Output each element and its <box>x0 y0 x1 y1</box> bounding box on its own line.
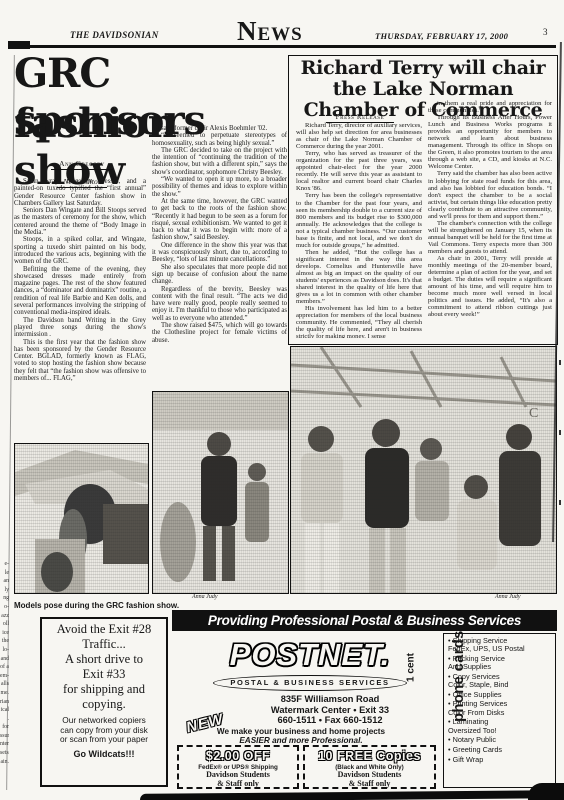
photo-fashion-middle <box>152 391 289 594</box>
exit-ad-headline: Avoid the Exit #28Traffic...A short driv… <box>42 622 166 712</box>
coupon-free-copies: 10 FREE Copies (Black and White Only) Da… <box>303 745 436 789</box>
header-rule <box>8 45 556 48</box>
photo-sketch: C <box>291 347 556 593</box>
photo-sketch <box>153 392 288 593</box>
right-article-column-2: in them a real pride and appreciation fo… <box>428 100 552 338</box>
scan-dash <box>559 360 561 365</box>
photo-credit: Anna Judy <box>192 594 218 600</box>
left-article-column-2: says former chair Alexis Boehmler '02.“I… <box>152 125 287 390</box>
photo-fashion-left <box>14 443 149 594</box>
coupon-shipping-discount: $2.00 OFF FedEx® or UPS® Shipping Davids… <box>177 745 299 789</box>
vertical-text-1-cent: 1 cent <box>406 633 417 703</box>
photo-credit: Anna Judy <box>495 594 521 600</box>
coupon-audience-2: & Staff only <box>305 780 434 789</box>
postnet-address: 835F Williamson Road Watermark Center • … <box>240 694 420 726</box>
exit-33-ad: Avoid the Exit #28Traffic...A short driv… <box>40 617 168 787</box>
promo-line-1: We make your business and home projects <box>176 727 426 736</box>
services-list: • Shipping Service FedEx, UPS, US Postal… <box>443 633 556 788</box>
byline-author: Ann Gregory <box>51 159 113 170</box>
dateline: THURSDAY, FEBRUARY 17, 2000 <box>375 31 508 41</box>
photo-caption: Models pose during the GRC fashion show. <box>14 601 179 610</box>
exit-ad-copy: Our networked copierscan copy from your … <box>42 716 166 745</box>
right-article-column-1: Richard Terry, director of auxiliary ser… <box>296 122 422 338</box>
header-rule-block <box>8 41 30 49</box>
postnet-banner: Providing Professional Postal & Business… <box>172 610 557 631</box>
scan-dash <box>559 500 561 505</box>
coupon-title: $2.00 OFF <box>179 749 297 763</box>
svg-text:C: C <box>529 406 538 421</box>
promo-line-2: EASIER and more Professional. <box>176 736 426 745</box>
masthead: THE DAVIDSONIAN <box>70 30 159 40</box>
photo-group-right: C <box>290 346 557 594</box>
scan-artifact-corner <box>528 783 564 800</box>
photo-sketch <box>15 444 148 593</box>
postnet-logo: POSTNET. <box>210 637 410 673</box>
scan-artifact-bottom-band <box>140 790 564 800</box>
address-line-1: 835F Williamson Road <box>240 694 420 705</box>
coupon-title: 10 FREE Copies <box>305 749 434 763</box>
page-number: 3 <box>543 27 548 37</box>
left-article-column-1: Saran wrap, magazine dresses, and a pain… <box>14 178 146 440</box>
coupon-audience-2: & Staff only <box>179 780 297 789</box>
address-line-3: 660-1511 • Fax 660-1512 <box>240 715 420 726</box>
address-line-2: Watermark Center • Exit 33 <box>240 705 420 716</box>
section-title: NEWS <box>237 16 303 47</box>
exit-ad-footer: Go Wildcats!!! <box>42 749 166 759</box>
newspaper-page: THE DAVIDSONIAN NEWS THURSDAY, FEBRUARY … <box>0 0 564 800</box>
postnet-promo: We make your business and home projects … <box>176 727 426 745</box>
postnet-tagline: POSTAL & BUSINESS SERVICES <box>213 675 407 691</box>
scan-dash <box>559 430 561 435</box>
